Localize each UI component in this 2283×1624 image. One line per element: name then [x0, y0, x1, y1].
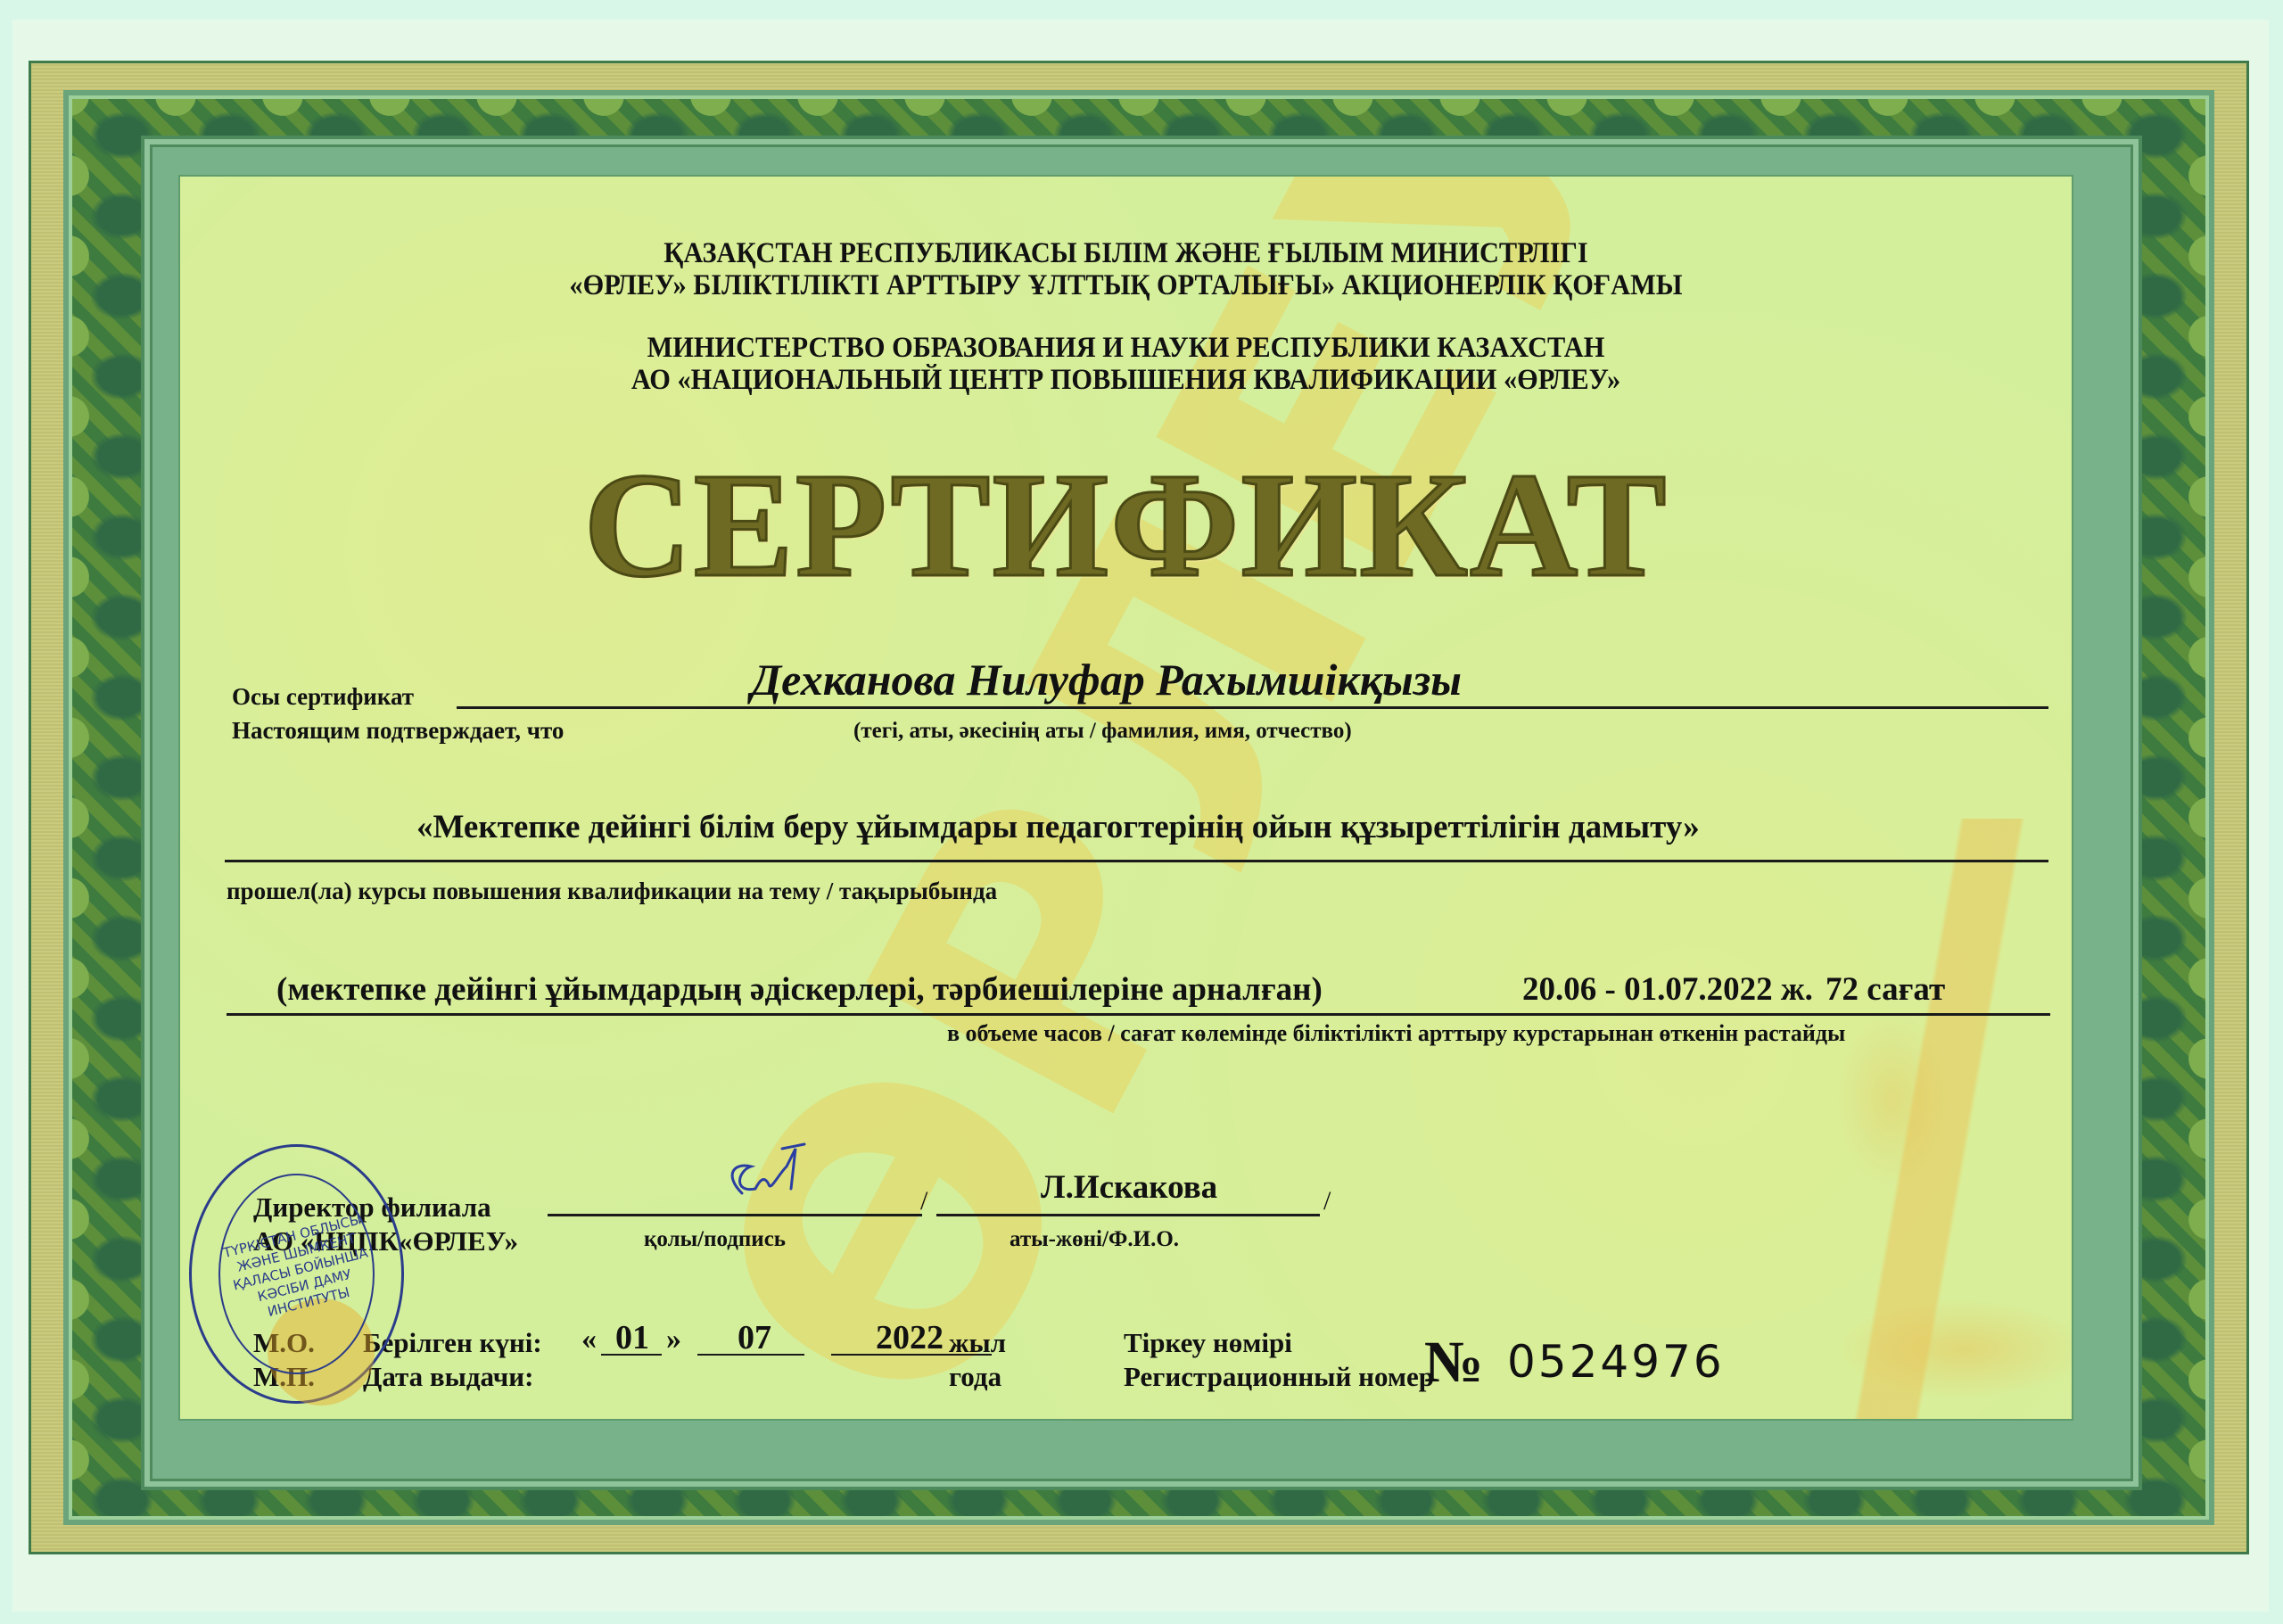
course-topic: «Мектепке дейінгі білім беру ұйымдары пе… — [416, 808, 1700, 846]
registration-label-kz: Тіркеу нөмірі — [1124, 1327, 1292, 1359]
header-kz-line2: «ӨРЛЕУ» БІЛІКТІЛІКТІ АРТТЫРУ ҰЛТТЫҚ ОРТА… — [256, 269, 1996, 301]
recipient-label-kz: Осы сертификат — [232, 683, 414, 711]
issue-month-line — [697, 1354, 804, 1356]
issue-year-suffix-ru: года — [949, 1361, 1001, 1393]
issue-day-line — [601, 1354, 662, 1356]
handwritten-signature — [706, 1140, 849, 1220]
numero-sign: № — [1424, 1329, 1483, 1397]
signer-name-caption: аты-жөні/Ф.И.О. — [1010, 1227, 1179, 1252]
recipient-name-caption: (тегі, аты, әкесінің аты / фамилия, имя,… — [853, 719, 1352, 744]
issue-day: 01 — [615, 1318, 649, 1357]
official-stamp: ТҮРКІСТАН ОБЛЫСЫ ЖӘНЕ ШЫМКЕНТ ҚАЛАСЫ БОЙ… — [189, 1144, 404, 1404]
certificate-title: СЕРТИФИКАТ — [180, 440, 2072, 612]
course-topic-caption: прошел(ла) курсы повышения квалификации … — [227, 878, 997, 905]
signer-name-line — [936, 1214, 1320, 1216]
registration-label-ru: Регистрационный номер — [1124, 1361, 1434, 1393]
course-hours-line — [227, 1013, 2050, 1016]
monument-watermark — [1750, 819, 2073, 1421]
course-topic-line — [225, 860, 2048, 862]
course-audience: (мектепке дейінгі ұйымдардың әдіскерлері… — [276, 970, 1323, 1009]
signature-slash: / — [920, 1186, 927, 1216]
issue-open-quote: « — [581, 1323, 597, 1356]
issue-year: 2022 — [876, 1318, 944, 1357]
recipient-name-line — [457, 706, 2048, 709]
certificate-sheet: ӨРЛЕУ ҚАЗАҚСТАН РЕСПУБЛИКАСЫ БІЛІМ ЖӘНЕ … — [178, 175, 2073, 1421]
header-ru-line2: АО «НАЦИОНАЛЬНЫЙ ЦЕНТР ПОВЫШЕНИЯ КВАЛИФИ… — [256, 364, 1996, 396]
issue-close-quote: » — [666, 1323, 681, 1356]
header-ru-line1: МИНИСТЕРСТВО ОБРАЗОВАНИЯ И НАУКИ РЕСПУБЛ… — [256, 332, 1996, 364]
header-kz-line1: ҚАЗАҚСТАН РЕСПУБЛИКАСЫ БІЛІМ ЖӘНЕ ҒЫЛЫМ … — [256, 237, 1996, 269]
recipient-name: Дехканова Нилуфар Рахымшікқызы — [751, 654, 1462, 705]
course-hours: 72 сағат — [1826, 970, 1945, 1009]
recipient-label-ru: Настоящим подтверждает, что — [232, 717, 564, 745]
course-dates: 20.06 - 01.07.2022 ж. — [1522, 970, 1813, 1009]
signer-name: Л.Искакова — [1041, 1168, 1217, 1207]
course-hours-caption: в объеме часов / сағат көлемінде білікті… — [947, 1020, 1845, 1047]
issue-year-suffix-kz: жыл — [949, 1327, 1006, 1359]
issue-date-label-ru: Дата выдачи: — [363, 1361, 533, 1393]
signature-caption: қолы/подпись — [644, 1227, 786, 1252]
issue-month: 07 — [738, 1318, 771, 1357]
signer-name-slash: / — [1323, 1186, 1331, 1216]
registration-number: 0524976 — [1507, 1336, 1725, 1388]
